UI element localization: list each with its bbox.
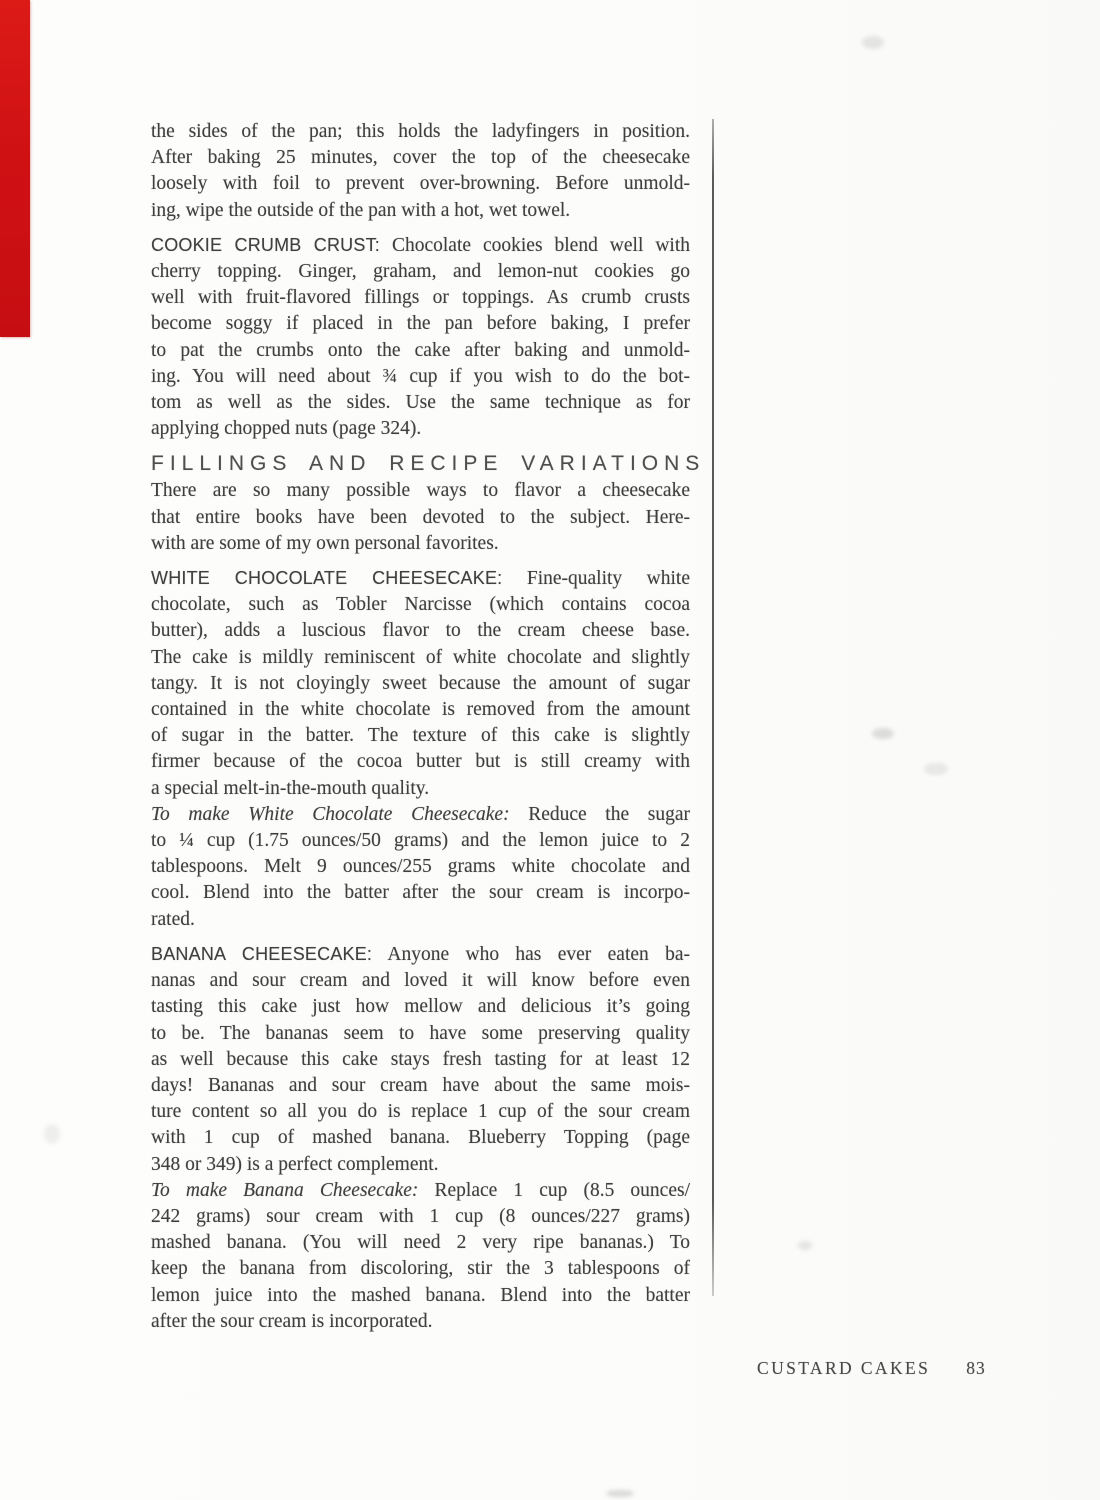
text-segment: to pat the crumbs onto the cake after ba…	[151, 340, 690, 361]
text-segment: 348 or 349) is a perfect complement.	[151, 1154, 439, 1175]
text-segment: Chocolate cookies blend well with	[380, 235, 690, 256]
scan-smudge	[606, 1490, 634, 1497]
text-line: 348 or 349) is a perfect complement.	[151, 1152, 690, 1178]
text-segment: keep the banana from discoloring, stir t…	[151, 1258, 690, 1279]
text-segment: 242 grams) sour cream with 1 cup (8 ounc…	[151, 1206, 690, 1227]
text-line: with 1 cup of mashed banana. Blueberry T…	[151, 1125, 690, 1151]
text-segment: butter), adds a luscious flavor to the c…	[151, 620, 690, 641]
italic-lead: To make Banana Cheesecake:	[151, 1180, 418, 1201]
scan-smudge	[862, 36, 884, 49]
text-segment: After baking 25 minutes, cover the top o…	[151, 147, 690, 168]
text-segment: after the sour cream is incorporated.	[151, 1311, 433, 1332]
text-segment: to be. The bananas seem to have some pre…	[151, 1023, 690, 1044]
scan-smudge	[872, 728, 894, 739]
text-segment: ture content so all you do is replace 1 …	[151, 1101, 690, 1122]
text-column: the sides of the pan; this holds the lad…	[151, 119, 690, 1343]
paragraph-fillings-intro: There are so many possible ways to flavo…	[151, 478, 690, 557]
text-segment: become soggy if placed in the pan before…	[151, 313, 690, 334]
text-line: The cake is mildly reminiscent of white …	[151, 645, 690, 671]
text-segment: firmer because of the cocoa butter but i…	[151, 751, 690, 772]
run-in-heading: BANANA CHEESECAKE:	[151, 944, 372, 964]
text-segment: that entire books have been devoted to t…	[151, 507, 690, 528]
red-binding-edge	[0, 0, 30, 337]
text-line: with are some of my own personal favorit…	[151, 531, 690, 557]
text-line: to pat the crumbs onto the cake after ba…	[151, 338, 690, 364]
text-line: applying chopped nuts (page 324).	[151, 416, 690, 442]
text-line: To make Banana Cheesecake: Replace 1 cup…	[151, 1178, 690, 1204]
text-line: to be. The bananas seem to have some pre…	[151, 1021, 690, 1047]
text-line: To make White Chocolate Cheesecake: Redu…	[151, 802, 690, 828]
text-segment: Fine-quality white	[502, 568, 690, 589]
text-line: There are so many possible ways to flavo…	[151, 478, 690, 504]
text-segment: nanas and sour cream and loved it will k…	[151, 970, 690, 991]
text-segment: ing. You will need about ¾ cup if you wi…	[151, 366, 690, 387]
text-line: tasting this cake just how mellow and de…	[151, 994, 690, 1020]
paragraph-white-chocolate-cheesecake: WHITE CHOCOLATE CHEESECAKE: Fine-quality…	[151, 565, 690, 933]
text-segment: with are some of my own personal favorit…	[151, 533, 499, 554]
text-segment: loosely with foil to prevent over-browni…	[151, 173, 690, 194]
text-segment: ing, wipe the outside of the pan with a …	[151, 200, 570, 221]
text-segment: tablespoons. Melt 9 ounces/255 grams whi…	[151, 856, 690, 877]
footer-page-number: 83	[966, 1358, 986, 1378]
text-line: cherry topping. Ginger, graham, and lemo…	[151, 259, 690, 285]
column-divider-rule	[712, 119, 714, 1296]
text-segment: tasting this cake just how mellow and de…	[151, 996, 690, 1017]
text-line: the sides of the pan; this holds the lad…	[151, 119, 690, 145]
page-footer: CUSTARD CAKES83	[757, 1358, 986, 1379]
section-heading-fillings-and-recipe-variations: FILLINGS AND RECIPE VARIATIONS	[151, 450, 690, 478]
text-segment: with 1 cup of mashed banana. Blueberry T…	[151, 1127, 690, 1148]
text-segment: cherry topping. Ginger, graham, and lemo…	[151, 261, 690, 282]
footer-section-title: CUSTARD CAKES	[757, 1358, 930, 1378]
text-segment: applying chopped nuts (page 324).	[151, 418, 421, 439]
text-segment: rated.	[151, 909, 195, 930]
text-line: tangy. It is not cloyingly sweet because…	[151, 671, 690, 697]
text-line: nanas and sour cream and loved it will k…	[151, 968, 690, 994]
text-line: WHITE CHOCOLATE CHEESECAKE: Fine-quality…	[151, 565, 690, 592]
text-line: of sugar in the batter. The texture of t…	[151, 723, 690, 749]
text-segment: mashed banana. (You will need 2 very rip…	[151, 1232, 690, 1253]
scan-smudge	[44, 1124, 60, 1144]
text-line: BANANA CHEESECAKE: Anyone who has ever e…	[151, 941, 690, 968]
text-line: tablespoons. Melt 9 ounces/255 grams whi…	[151, 854, 690, 880]
text-segment: There are so many possible ways to flavo…	[151, 480, 690, 501]
text-line: firmer because of the cocoa butter but i…	[151, 749, 690, 775]
text-segment: Replace 1 cup (8.5 ounces/	[418, 1180, 690, 1201]
text-segment: Anyone who has ever eaten ba-	[372, 944, 690, 965]
text-segment: Reduce the sugar	[510, 804, 690, 825]
text-segment: the sides of the pan; this holds the lad…	[151, 121, 690, 142]
text-line: ing. You will need about ¾ cup if you wi…	[151, 364, 690, 390]
paragraph-cookie-crumb-crust: COOKIE CRUMB CRUST: Chocolate cookies bl…	[151, 232, 690, 443]
paragraph-banana-cheesecake: BANANA CHEESECAKE: Anyone who has ever e…	[151, 941, 690, 1335]
text-line: COOKIE CRUMB CRUST: Chocolate cookies bl…	[151, 232, 690, 259]
text-segment: a special melt-in-the-mouth quality.	[151, 778, 429, 799]
text-line: mashed banana. (You will need 2 very rip…	[151, 1230, 690, 1256]
text-segment: cool. Blend into the batter after the so…	[151, 882, 690, 903]
text-segment: tom as well as the sides. Use the same t…	[151, 392, 690, 413]
text-line: butter), adds a luscious flavor to the c…	[151, 618, 690, 644]
text-line: contained in the white chocolate is remo…	[151, 697, 690, 723]
text-line: become soggy if placed in the pan before…	[151, 311, 690, 337]
text-segment: tangy. It is not cloyingly sweet because…	[151, 673, 690, 694]
text-line: lemon juice into the mashed banana. Blen…	[151, 1283, 690, 1309]
text-line: as well because this cake stays fresh ta…	[151, 1047, 690, 1073]
text-line: to ¼ cup (1.75 ounces/50 grams) and the …	[151, 828, 690, 854]
book-page-scan: the sides of the pan; this holds the lad…	[0, 0, 1100, 1500]
run-in-heading: COOKIE CRUMB CRUST:	[151, 235, 380, 255]
text-line: ture content so all you do is replace 1 …	[151, 1099, 690, 1125]
text-segment: chocolate, such as Tobler Narcisse (whic…	[151, 594, 690, 615]
text-line: well with fruit-flavored fillings or top…	[151, 285, 690, 311]
text-segment: well with fruit-flavored fillings or top…	[151, 287, 690, 308]
text-line: 242 grams) sour cream with 1 cup (8 ounc…	[151, 1204, 690, 1230]
text-segment: days! Bananas and sour cream have about …	[151, 1075, 690, 1096]
text-line: after the sour cream is incorporated.	[151, 1309, 690, 1335]
text-line: that entire books have been devoted to t…	[151, 505, 690, 531]
text-line: loosely with foil to prevent over-browni…	[151, 171, 690, 197]
text-line: rated.	[151, 907, 690, 933]
text-line: days! Bananas and sour cream have about …	[151, 1073, 690, 1099]
text-line: tom as well as the sides. Use the same t…	[151, 390, 690, 416]
text-line: a special melt-in-the-mouth quality.	[151, 776, 690, 802]
text-line: keep the banana from discoloring, stir t…	[151, 1256, 690, 1282]
text-line: ing, wipe the outside of the pan with a …	[151, 198, 690, 224]
italic-lead: To make White Chocolate Cheesecake:	[151, 804, 510, 825]
text-segment: contained in the white chocolate is remo…	[151, 699, 690, 720]
text-segment: The cake is mildly reminiscent of white …	[151, 647, 690, 668]
scan-smudge	[924, 763, 948, 775]
text-line: cool. Blend into the batter after the so…	[151, 880, 690, 906]
text-segment: lemon juice into the mashed banana. Blen…	[151, 1285, 690, 1306]
text-segment: as well because this cake stays fresh ta…	[151, 1049, 690, 1070]
text-line: chocolate, such as Tobler Narcisse (whic…	[151, 592, 690, 618]
text-segment: of sugar in the batter. The texture of t…	[151, 725, 690, 746]
paragraph-ladyfingers-continuation: the sides of the pan; this holds the lad…	[151, 119, 690, 224]
text-segment: to ¼ cup (1.75 ounces/50 grams) and the …	[151, 830, 690, 851]
run-in-heading: WHITE CHOCOLATE CHEESECAKE:	[151, 568, 502, 588]
text-line: After baking 25 minutes, cover the top o…	[151, 145, 690, 171]
scan-smudge	[798, 1241, 812, 1250]
